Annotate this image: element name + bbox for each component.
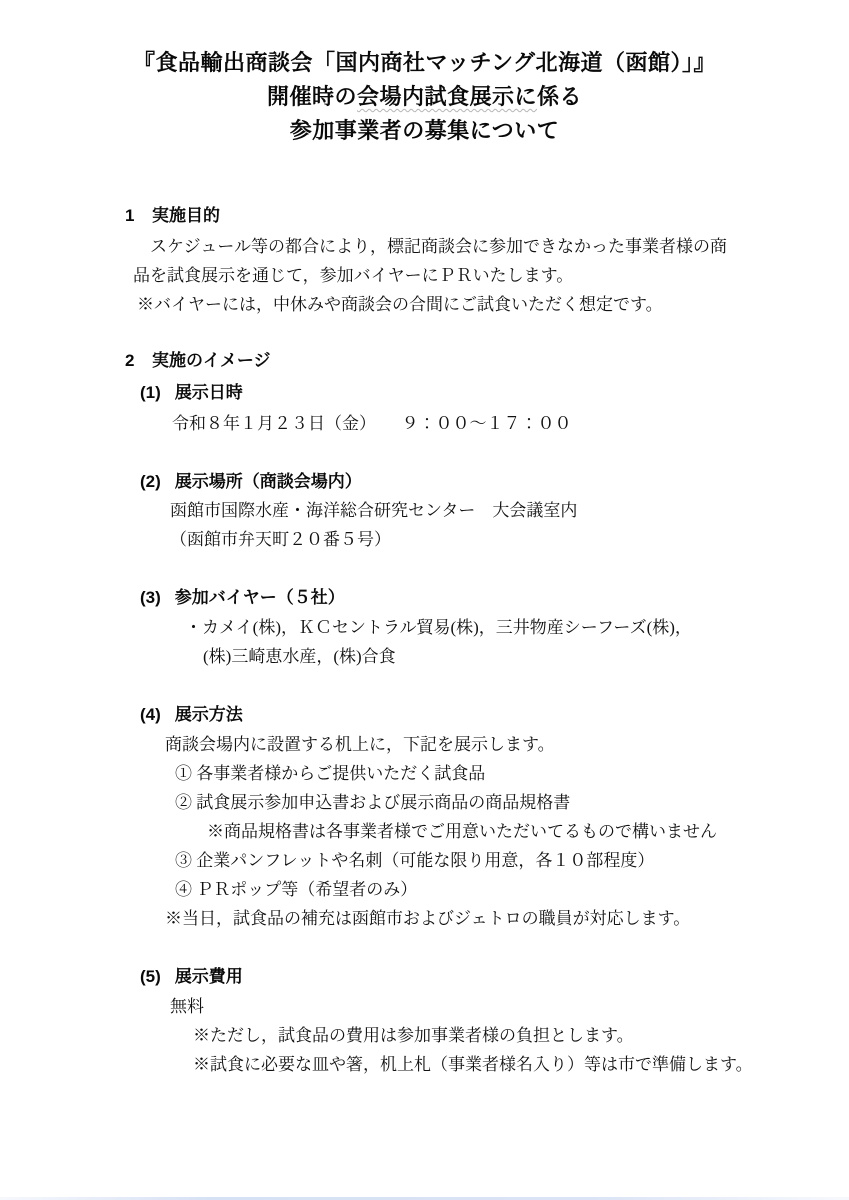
method-item-4: ④ ＰＲポップ等（希望者のみ）: [175, 875, 785, 904]
method-item-2-note: ※商品規格書は各事業者様でご用意いただいてるもので構いません: [207, 817, 785, 846]
subsection-2-number: (2): [140, 468, 175, 495]
section-2-heading: 2実施のイメージ: [125, 347, 785, 374]
exhibit-venue-address: （函館市弁天町２０番５号）: [170, 525, 785, 554]
section-1-number: 1: [125, 202, 152, 229]
method-item-2: ② 試食展示参加申込書および展示商品の商品規格書: [175, 788, 785, 817]
buyer-list-line-2: (株)三崎恵水産，(株)合食: [203, 642, 785, 671]
method-item-3: ③ 企業パンフレットや名刺（可能な限り用意，各１０部程度）: [175, 846, 785, 875]
subsection-5-number: (5): [140, 963, 175, 990]
subsection-2-title: 展示場所（商談会場内）: [175, 472, 362, 491]
title-line-2-post: 係る: [537, 84, 582, 109]
section-2-title: 実施のイメージ: [152, 351, 271, 370]
title-line-1: 『食品輸出商談会「国内商社マッチング北海道（函館）」』: [0, 46, 849, 80]
fee-free: 無料: [170, 992, 785, 1021]
purpose-paragraph: スケジュール等の都合により，標記商談会に参加できなかった事業者様の商品を試食展示…: [133, 232, 733, 290]
subsection-2-heading: (2)展示場所（商談会場内）: [140, 468, 785, 495]
title-line-2-pre: 開催時の: [267, 84, 357, 109]
buyer-list-line-1: ・カメイ(株)，ＫＣセントラル貿易(株)，三井物産シーフーズ(株)，: [185, 613, 785, 642]
subsection-3-number: (3): [140, 584, 175, 611]
method-staff-note: ※当日，試食品の補充は函館市およびジェトロの職員が対応します。: [165, 904, 785, 933]
title-line-2: 開催時の会場内試食展示に係る: [0, 80, 849, 114]
subsection-5-heading: (5)展示費用: [140, 963, 785, 990]
exhibit-venue: 函館市国際水産・海洋総合研究センター 大会議室内: [170, 496, 785, 525]
purpose-note: ※バイヤーには，中休みや商談会の合間にご試食いただく想定です。: [137, 290, 785, 319]
section-1-heading: 1実施目的: [125, 202, 785, 229]
title-line-2-wavy-underline-text: 会場内試食展示に: [357, 84, 537, 109]
method-intro: 商談会場内に設置する机上に，下記を展示します。: [165, 730, 785, 759]
method-item-1: ① 各事業者様からご提供いただく試食品: [175, 759, 785, 788]
subsection-1-heading: (1)展示日時: [140, 379, 785, 406]
subsection-4-number: (4): [140, 701, 175, 728]
fee-note-2: ※試食に必要な皿や箸，机上札（事業者様名入り）等は市で準備します。: [193, 1050, 785, 1079]
subsection-3-heading: (3)参加バイヤー（５社）: [140, 584, 785, 611]
subsection-3-title: 参加バイヤー（５社）: [175, 588, 345, 607]
document-title: 『食品輸出商談会「国内商社マッチング北海道（函館）」』 開催時の会場内試食展示に…: [0, 46, 849, 148]
section-1-title: 実施目的: [152, 206, 220, 225]
fee-note-1: ※ただし，試食品の費用は参加事業者様の負担とします。: [193, 1021, 785, 1050]
exhibit-datetime: 令和８年１月２３日（金） ９：００～１７：００: [172, 409, 785, 438]
page: 『食品輸出商談会「国内商社マッチング北海道（函館）」』 開催時の会場内試食展示に…: [0, 0, 849, 1200]
subsection-1-number: (1): [140, 379, 175, 406]
subsection-4-heading: (4)展示方法: [140, 701, 785, 728]
title-line-3: 参加事業者の募集について: [0, 114, 849, 148]
subsection-4-title: 展示方法: [175, 705, 243, 724]
document-body: 1実施目的 スケジュール等の都合により，標記商談会に参加できなかった事業者様の商…: [125, 202, 785, 1079]
section-2-number: 2: [125, 347, 152, 374]
subsection-5-title: 展示費用: [175, 967, 243, 986]
subsection-1-title: 展示日時: [175, 383, 243, 402]
